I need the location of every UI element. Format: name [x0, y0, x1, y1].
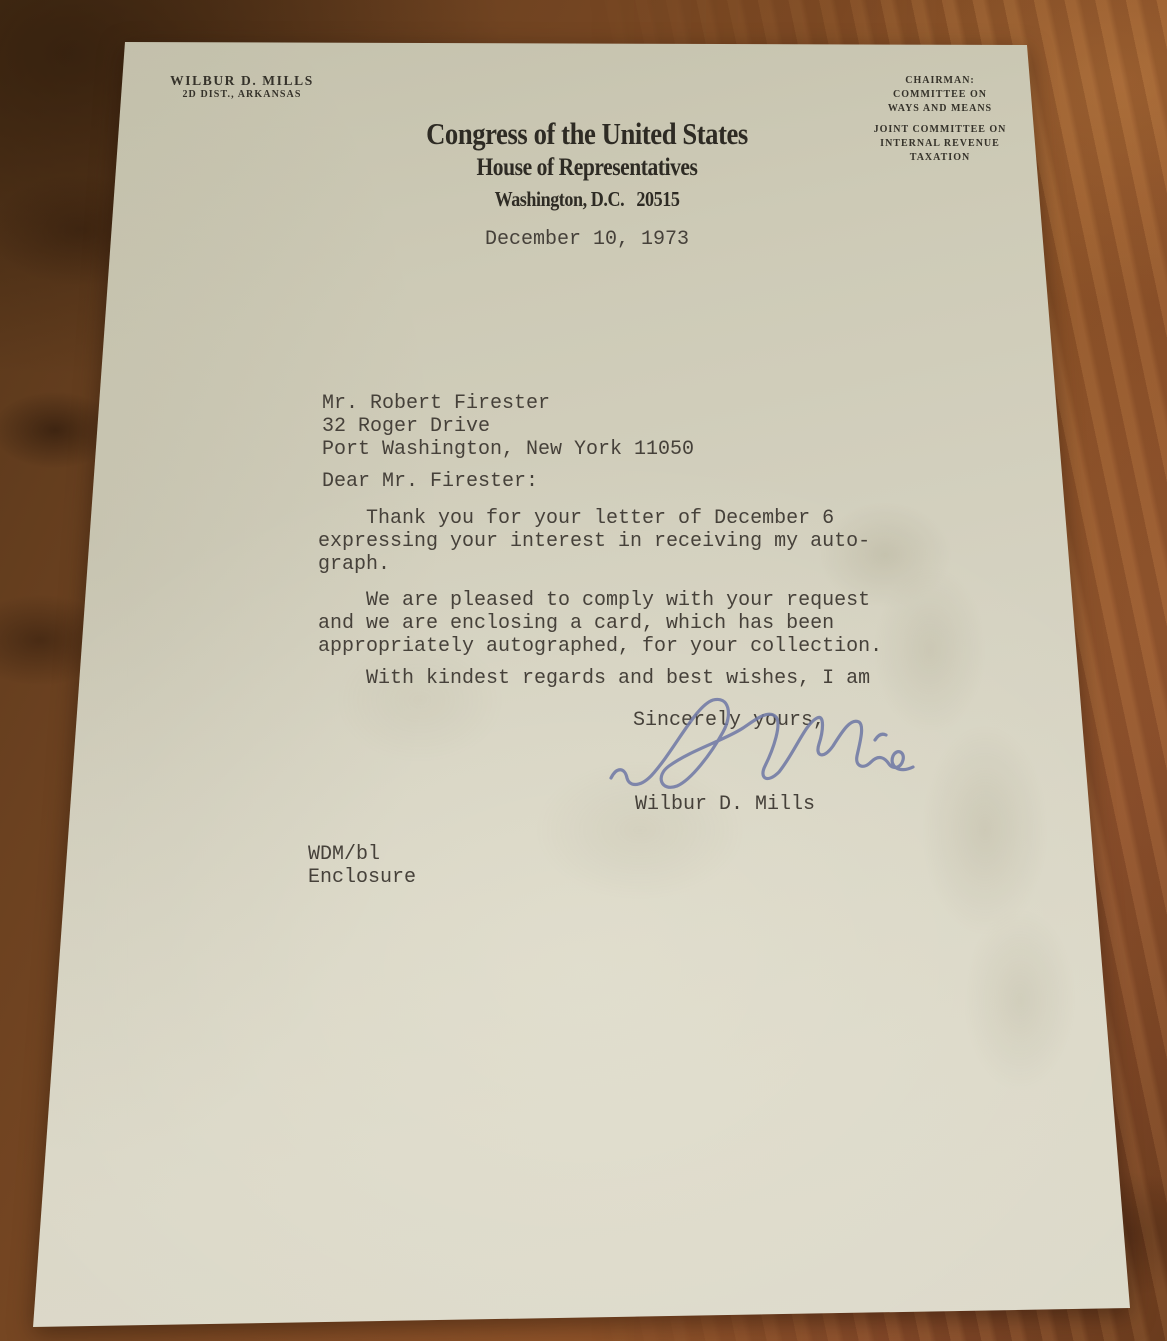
typed-signer-name: Wilbur D. Mills [635, 793, 815, 816]
body-paragraph-1: Thank you for your letter of December 6 … [318, 507, 870, 576]
letter-paper-wrap: WILBUR D. MILLS 2D DIST., ARKANSAS CHAIR… [0, 0, 1167, 1341]
recipient-address-block: Mr. Robert Firester 32 Roger Drive Port … [322, 392, 694, 461]
org-address: Washington, D.C. 20515 [375, 184, 800, 214]
member-district: 2D DIST., ARKANSAS [167, 89, 317, 101]
letter-paper: WILBUR D. MILLS 2D DIST., ARKANSAS CHAIR… [0, 0, 1167, 1341]
joint-committee-lines: JOINT COMMITTEE ON INTERNAL REVENUE TAXA… [845, 123, 1035, 165]
body-paragraph-2: We are pleased to comply with your reque… [318, 589, 882, 658]
handwritten-signature [595, 686, 925, 804]
org-title: Congress of the United States [375, 116, 800, 152]
reference-and-enclosure-block: WDM/bl Enclosure [308, 843, 416, 889]
letterhead-titles-block: CHAIRMAN: COMMITTEE ON WAYS AND MEANS JO… [845, 74, 1035, 165]
letterhead-org-block: Congress of the United States House of R… [340, 116, 834, 214]
date-line: December 10, 1973 [340, 228, 834, 251]
photograph-of-letter: WILBUR D. MILLS 2D DIST., ARKANSAS CHAIR… [0, 0, 1167, 1341]
signature-stroke [611, 699, 913, 787]
letterhead-member-block: WILBUR D. MILLS 2D DIST., ARKANSAS [167, 72, 317, 101]
org-subtitle: House of Representatives [375, 152, 800, 184]
salutation-line: Dear Mr. Firester: [322, 470, 538, 493]
chairman-committee-lines: CHAIRMAN: COMMITTEE ON WAYS AND MEANS [845, 74, 1035, 116]
member-name: WILBUR D. MILLS [167, 72, 317, 89]
